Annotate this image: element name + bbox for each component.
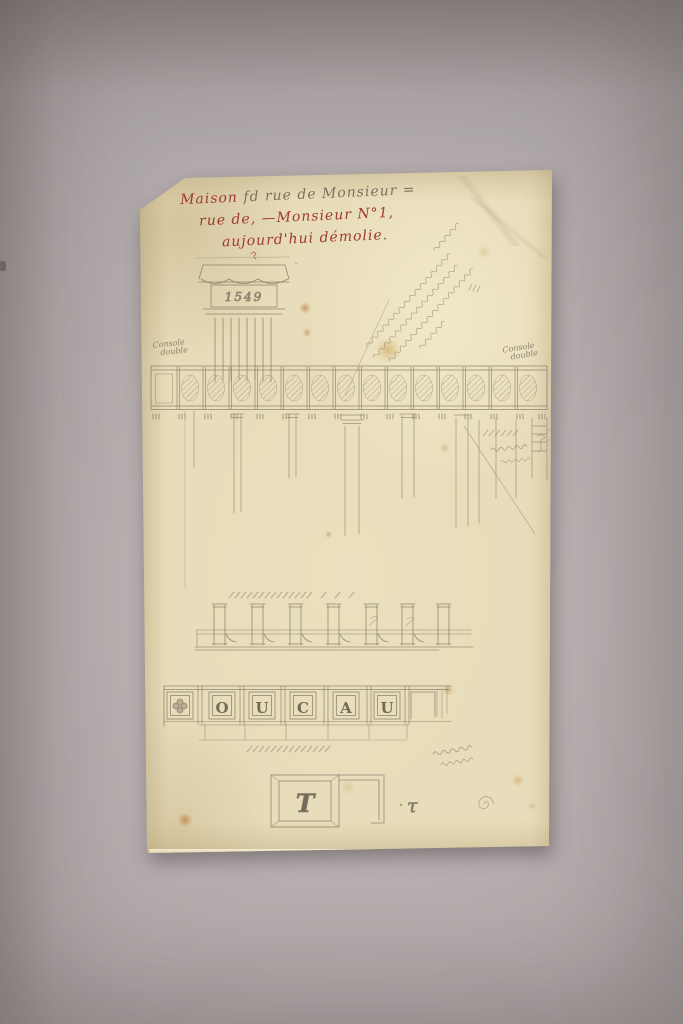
diagonal-pencil-note [353,223,501,378]
framed-letter: T [296,789,317,818]
bottom-pencil-note [433,745,475,767]
capital-date: 1549 [225,290,264,304]
red-mark [251,252,256,259]
frieze-letter-c: C [297,699,309,717]
capital-sketch [197,252,297,382]
frieze-letter-u2: U [380,699,393,717]
frieze-band [151,366,547,419]
spiral-doodle [479,797,494,809]
pencil-flourish [537,435,545,452]
letter-frieze-band [164,686,451,752]
sketch-paper: Maison fd rue de Monsieur = rue de, —Mon… [139,168,557,854]
frieze-letter-u: U [255,699,268,717]
corbel-band [195,592,473,650]
photograph-background: Maison fd rue de Monsieur = rue de, —Mon… [0,0,683,1024]
tally-marks [469,284,480,292]
paper-shadow-wrap: Maison fd rue de Monsieur = rue de, —Mon… [139,168,557,854]
side-letter-mark: τ [407,795,418,817]
posts-pencil-note [483,430,530,463]
quatrefoil-glyph [173,699,187,713]
pencil-sketch: 1549 [139,168,557,854]
frieze-letter-a: A [339,699,352,717]
frieze-letter-o: O [215,699,228,717]
pilaster-posts [185,411,553,588]
background-edge-mark [0,261,6,271]
